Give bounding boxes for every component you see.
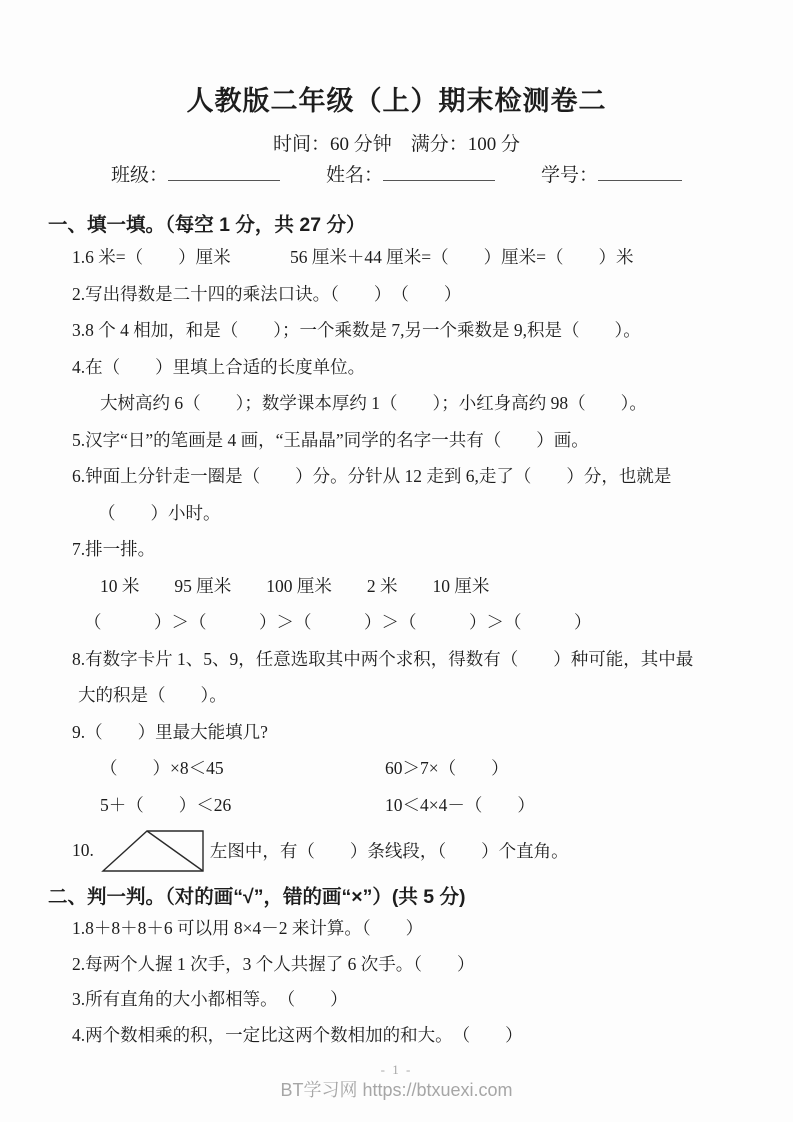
question-6-sub: （ ）小时。 bbox=[0, 495, 793, 532]
question-2: 2.写出得数是二十四的乘法口诀。（ ） （ ） bbox=[0, 276, 793, 313]
section-2: 二、判一判。（对的画“√”，错的画“×”）(共 5 分) 1.8＋8＋8＋6 可… bbox=[0, 883, 793, 1053]
section-1-heading: 一、填一填。（每空 1 分，共 27 分） bbox=[0, 211, 793, 239]
class-blank-line bbox=[168, 163, 280, 181]
student-no-label: 学号： bbox=[541, 165, 598, 186]
student-no-field: 学号： bbox=[541, 163, 682, 189]
judge-question-3: 3.所有直角的大小都相等。 （ ） bbox=[0, 982, 793, 1018]
page-title: 人教版二年级（上）期末检测卷二 bbox=[0, 0, 793, 118]
judge-question-2: 2.每两个人握 1 次手，3 个人共握了 6 次手。（ ） bbox=[0, 947, 793, 983]
question-9-r1c1: （ ）×8＜45 bbox=[100, 750, 385, 787]
question-6: 6.钟面上分针走一圈是（ ）分。分针从 12 走到 6,走了（ ）分，也就是 bbox=[0, 458, 793, 495]
class-label: 班级： bbox=[111, 165, 168, 186]
question-9-r1c2: 60＞7×（ ） bbox=[385, 750, 509, 787]
trapezoid-diagram bbox=[100, 826, 206, 874]
exam-paper-page: 人教版二年级（上）期末检测卷二 时间：60 分钟 满分：100 分 班级： 姓名… bbox=[0, 0, 793, 1122]
question-8: 8.有数字卡片 1、5、9，任意选取其中两个求积，得数有（ ）种可能，其中最 bbox=[0, 641, 793, 678]
question-1-row: 1.6 米=（ ）厘米 56 厘米＋44 厘米=（ ）厘米=（ ）米 bbox=[0, 239, 793, 276]
question-1-left: 1.6 米=（ ）厘米 bbox=[72, 239, 290, 276]
question-7-items: 10 米 95 厘米 100 厘米 2 米 10 厘米 bbox=[0, 568, 793, 605]
name-label: 姓名： bbox=[326, 165, 383, 186]
question-1-right: 56 厘米＋44 厘米=（ ）厘米=（ ）米 bbox=[290, 239, 634, 276]
judge-question-4: 4.两个数相乘的积，一定比这两个数相加的和大。 （ ） bbox=[0, 1018, 793, 1054]
question-10-row: 10. 左图中，有（ ）条线段，（ ）个直角。 bbox=[0, 823, 793, 877]
question-5: 5.汉字“日”的笔画是 4 画，“王晶晶”同学的名字一共有（ ）画。 bbox=[0, 422, 793, 459]
section-2-heading: 二、判一判。（对的画“√”，错的画“×”）(共 5 分) bbox=[0, 883, 793, 911]
class-field: 班级： bbox=[111, 163, 280, 189]
exam-meta: 时间：60 分钟 满分：100 分 bbox=[0, 133, 793, 157]
question-7: 7.排一排。 bbox=[0, 531, 793, 568]
question-10-number: 10. bbox=[72, 840, 94, 861]
question-9: 9.（ ）里最大能填几? bbox=[0, 714, 793, 751]
page-footer: - 1 - BT学习网 https://btxuexi.com bbox=[0, 1061, 793, 1101]
question-9-r2c1: 5＋（ ）＜26 bbox=[100, 787, 385, 824]
judge-question-1: 1.8＋8＋8＋6 可以用 8×4－2 来计算。（ ） bbox=[0, 911, 793, 947]
question-3: 3.8 个 4 相加，和是（ ）；一个乘数是 7,另一个乘数是 9,积是（ ）。 bbox=[0, 312, 793, 349]
student-no-blank-line bbox=[598, 163, 682, 181]
question-10-text: 左图中，有（ ）条线段，（ ）个直角。 bbox=[210, 838, 569, 863]
name-field: 姓名： bbox=[326, 163, 495, 189]
page-number: - 1 - bbox=[0, 1061, 793, 1079]
question-7-compare: （ ）＞（ ）＞（ ）＞（ ）＞（ ） bbox=[0, 604, 793, 641]
question-9-row-2: 5＋（ ）＜26 10＜4×4－（ ） bbox=[0, 787, 793, 824]
question-9-r2c2: 10＜4×4－（ ） bbox=[385, 787, 535, 824]
student-info-row: 班级： 姓名： 学号： bbox=[0, 163, 793, 189]
question-4: 4.在（ ）里填上合适的长度单位。 bbox=[0, 349, 793, 386]
question-4-sub: 大树高约 6（ ）；数学课本厚约 1（ ）；小红身高约 98（ ）。 bbox=[0, 385, 793, 422]
question-8-sub: 大的积是（ ）。 bbox=[0, 677, 793, 714]
site-watermark: BT学习网 https://btxuexi.com bbox=[0, 1079, 793, 1101]
name-blank-line bbox=[383, 163, 495, 181]
question-9-row-1: （ ）×8＜45 60＞7×（ ） bbox=[0, 750, 793, 787]
